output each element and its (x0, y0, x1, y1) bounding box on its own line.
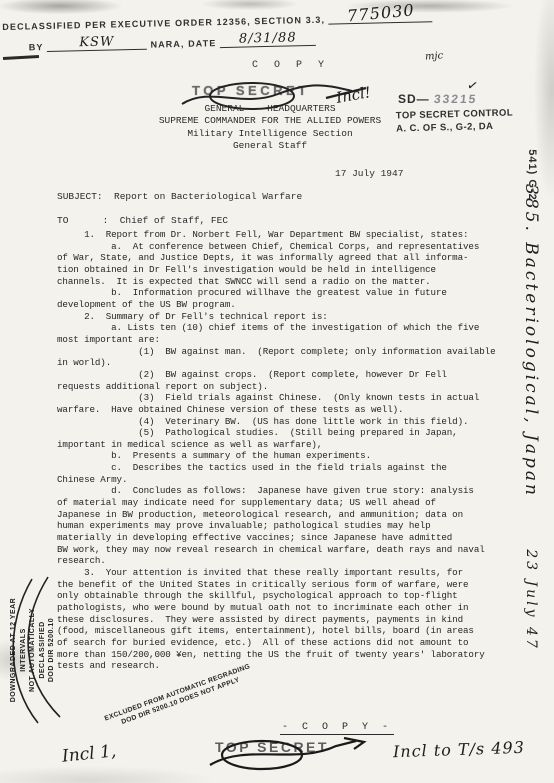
declassification-text: DECLASSIFIED PER EXECUTIVE ORDER 12356, … (2, 15, 325, 32)
incl-to-ts493-handwritten: Incl to T/s 493 (393, 738, 525, 762)
excluded-stamp-line2: DOD DIR 5200.10 DOES NOT APPLY (93, 666, 267, 737)
letterhead-line4: General Staff (105, 140, 435, 152)
letterhead-line1: GENERAL HEADQUARTERS (105, 103, 435, 115)
declassification-number-underline: 775030 (328, 2, 432, 24)
subject-line: SUBJECT: Report on Bacteriological Warfa… (57, 191, 302, 202)
letter-body: 1. Report from Dr. Norbert Fell, War Dep… (57, 229, 527, 672)
to-line: TO : Chief of Staff, FEC (57, 215, 228, 226)
strikethrough-scribble-bottom-icon (204, 729, 374, 777)
declassification-number-handwritten: 775030 (346, 0, 415, 25)
by-initials-handwritten: KSW (79, 34, 115, 50)
incl-1-handwritten: Incl 1, (61, 741, 117, 767)
by-label: BY (29, 42, 44, 52)
by-initials-underline: KSW (47, 34, 147, 52)
crossout-curves-icon (2, 575, 70, 727)
letterhead-line3: Military Intelligence Section (105, 128, 435, 140)
copy-stamp-top: C O P Y (252, 60, 329, 71)
stamp-dash-mark (3, 55, 39, 60)
declassification-stamp: DECLASSIFIED PER EXECUTIVE ORDER 12356, … (2, 1, 473, 53)
letterhead-line2: SUPREME COMMANDER FOR THE ALLIED POWERS (105, 115, 435, 127)
nara-date-label: NARA, DATE (150, 38, 216, 49)
letterhead: GENERAL HEADQUARTERS SUPREME COMMANDER F… (105, 103, 435, 152)
document-date: 17 July 1947 (335, 168, 403, 179)
scanned-document-page: DECLASSIFIED PER EXECUTIVE ORDER 12356, … (0, 0, 554, 783)
date-handwritten: 8/31/88 (239, 30, 297, 46)
date-underline: 8/31/88 (220, 30, 316, 48)
initials-mjc-handwritten: mjc (425, 50, 444, 62)
